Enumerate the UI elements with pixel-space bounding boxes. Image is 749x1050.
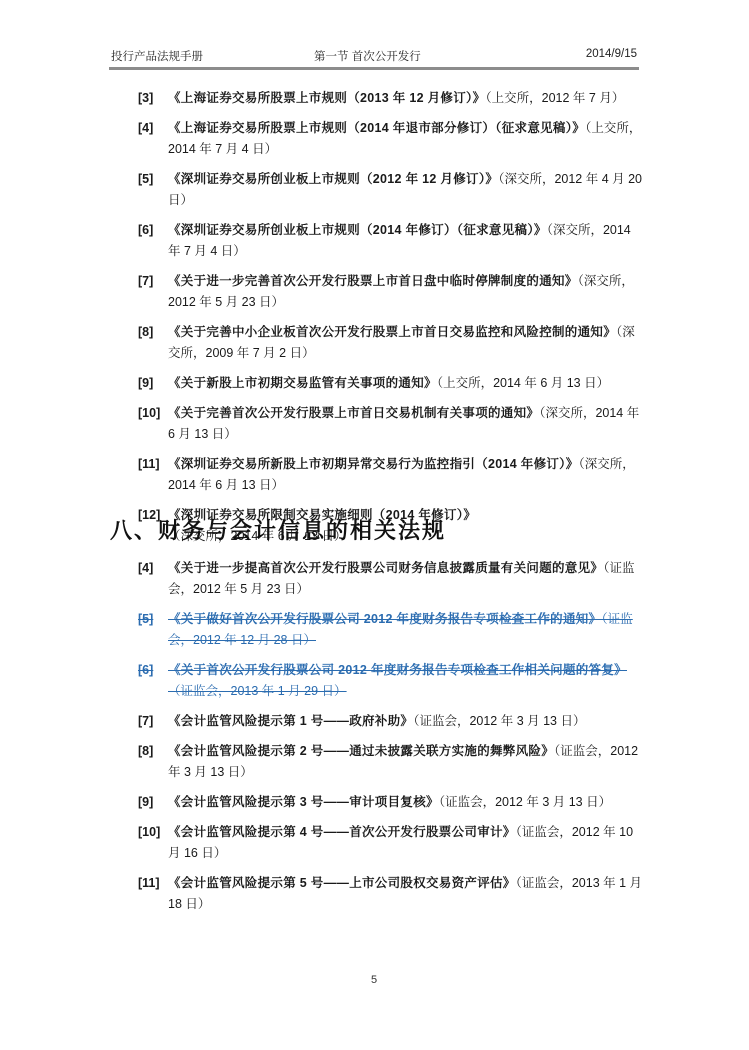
reference-text: 《关于首次公开发行股票公司 2012 年度财务报告专项检查工作相关问题的答复》（… — [138, 660, 643, 702]
reference-text: 《深圳证券交易所创业板上市规则（2012 年 12 月修订）》（深交所，2012… — [138, 169, 643, 211]
reference-item: [8]《会计监管风险提示第 2 号——通过未披露关联方实施的舞弊风险》（证监会，… — [138, 741, 643, 783]
reference-number: [8] — [138, 741, 153, 762]
reference-number: [5] — [138, 169, 153, 190]
reference-source: （证监会，2012 年 3 月 13 日） — [439, 795, 611, 809]
reference-item: [4]《上海证券交易所股票上市规则（2014 年退市部分修订）（征求意见稿）》（… — [138, 118, 643, 160]
reference-title: 《会计监管风险提示第 1 号——政府补助》 — [168, 714, 413, 728]
reference-number: [6] — [138, 220, 153, 241]
header-doc-title: 投行产品法规手册 — [111, 48, 203, 64]
reference-title: 《深圳证券交易所新股上市初期异常交易行为监控指引（2014 年修订）》 — [168, 457, 579, 471]
reference-item: [11]《会计监管风险提示第 5 号——上市公司股权交易资产评估》（证监会，20… — [138, 873, 643, 915]
reference-item: [9]《会计监管风险提示第 3 号——审计项目复核》（证监会，2012 年 3 … — [138, 792, 643, 813]
reference-list-bottom: [4]《关于进一步提高首次公开发行股票公司财务信息披露质量有关问题的意见》（证监… — [138, 558, 643, 924]
reference-number: [9] — [138, 373, 153, 394]
section-heading: 八、财务与会计信息的相关法规 — [110, 514, 446, 545]
reference-text: 《会计监管风险提示第 4 号——首次公开发行股票公司审计》（证监会，2012 年… — [138, 822, 643, 864]
reference-text: 《关于完善中小企业板首次公开发行股票上市首日交易监控和风险控制的通知》（深交所，… — [138, 322, 643, 364]
reference-title: 《会计监管风险提示第 5 号——上市公司股权交易资产评估》 — [168, 876, 516, 890]
reference-title: 《深圳证券交易所创业板上市规则（2012 年 12 月修订）》 — [168, 172, 498, 186]
reference-number: [7] — [138, 711, 153, 732]
reference-title: 《会计监管风险提示第 2 号——通过未披露关联方实施的舞弊风险》 — [168, 744, 554, 758]
reference-item: [9]《关于新股上市初期交易监管有关事项的通知》（上交所，2014 年 6 月 … — [138, 373, 643, 394]
reference-number: [11] — [138, 873, 160, 894]
reference-text: 《关于新股上市初期交易监管有关事项的通知》（上交所，2014 年 6 月 13 … — [138, 373, 643, 394]
reference-list-top: [3]《上海证券交易所股票上市规则（2013 年 12 月修订）》（上交所，20… — [138, 88, 643, 556]
reference-source: （上交所，2012 年 7 月） — [485, 91, 624, 105]
reference-item: [7]《关于进一步完善首次公开发行股票上市首日盘中临时停牌制度的通知》（深交所，… — [138, 271, 643, 313]
reference-number: [10] — [138, 822, 160, 843]
reference-text: 《关于进一步提高首次公开发行股票公司财务信息披露质量有关问题的意见》（证监会，2… — [138, 558, 643, 600]
reference-text: 《深圳证券交易所创业板上市规则（2014 年修订）（征求意见稿）》（深交所，20… — [138, 220, 643, 262]
header-date: 2014/9/15 — [586, 48, 637, 60]
reference-number: [3] — [138, 88, 153, 109]
header-divider — [109, 67, 639, 70]
reference-title: 《关于做好首次公开发行股票公司 2012 年度财务报告专项检查工作的通知》 — [168, 612, 601, 626]
reference-title: 《会计监管风险提示第 4 号——首次公开发行股票公司审计》 — [168, 825, 516, 839]
reference-item: [6]《深圳证券交易所创业板上市规则（2014 年修订）（征求意见稿）》（深交所… — [138, 220, 643, 262]
reference-title: 《关于完善中小企业板首次公开发行股票上市首日交易监控和风险控制的通知》 — [168, 325, 616, 339]
reference-title: 《关于新股上市初期交易监管有关事项的通知》 — [168, 376, 437, 390]
reference-title: 《上海证券交易所股票上市规则（2013 年 12 月修订）》 — [168, 91, 485, 105]
reference-item: [5]《深圳证券交易所创业板上市规则（2012 年 12 月修订）》（深交所，2… — [138, 169, 643, 211]
reference-title: 《上海证券交易所股票上市规则（2014 年退市部分修订）（征求意见稿）》 — [168, 121, 585, 135]
reference-item: [6]《关于首次公开发行股票公司 2012 年度财务报告专项检查工作相关问题的答… — [138, 660, 643, 702]
reference-source: （证监会，2012 年 3 月 13 日） — [413, 714, 585, 728]
reference-title: 《会计监管风险提示第 3 号——审计项目复核》 — [168, 795, 439, 809]
reference-source: （证监会，2013 年 1 月 29 日） — [168, 684, 347, 698]
reference-number: [11] — [138, 454, 160, 475]
reference-title: 《深圳证券交易所创业板上市规则（2014 年修订）（征求意见稿）》 — [168, 223, 547, 237]
page-number: 5 — [371, 974, 377, 986]
reference-item: [11]《深圳证券交易所新股上市初期异常交易行为监控指引（2014 年修订）》（… — [138, 454, 643, 496]
reference-number: [5] — [138, 609, 153, 630]
reference-number: [7] — [138, 271, 153, 292]
reference-item: [5]《关于做好首次公开发行股票公司 2012 年度财务报告专项检查工作的通知》… — [138, 609, 643, 651]
reference-item: [8]《关于完善中小企业板首次公开发行股票上市首日交易监控和风险控制的通知》（深… — [138, 322, 643, 364]
reference-text: 《上海证券交易所股票上市规则（2013 年 12 月修订）》（上交所，2012 … — [138, 88, 643, 109]
reference-title: 《关于进一步提高首次公开发行股票公司财务信息披露质量有关问题的意见》 — [168, 561, 603, 575]
header-section-title: 第一节 首次公开发行 — [314, 48, 421, 64]
reference-number: [10] — [138, 403, 160, 424]
reference-number: [4] — [138, 118, 153, 139]
reference-title: 《关于进一步完善首次公开发行股票上市首日盘中临时停牌制度的通知》 — [168, 274, 578, 288]
reference-title: 《关于完善首次公开发行股票上市首日交易机制有关事项的通知》 — [168, 406, 539, 420]
reference-number: [9] — [138, 792, 153, 813]
reference-text: 《关于完善首次公开发行股票上市首日交易机制有关事项的通知》（深交所，2014 年… — [138, 403, 643, 445]
reference-text: 《会计监管风险提示第 3 号——审计项目复核》（证监会，2012 年 3 月 1… — [138, 792, 643, 813]
reference-text: 《会计监管风险提示第 2 号——通过未披露关联方实施的舞弊风险》（证监会，201… — [138, 741, 643, 783]
reference-text: 《上海证券交易所股票上市规则（2014 年退市部分修订）（征求意见稿）》（上交所… — [138, 118, 643, 160]
reference-title: 《关于首次公开发行股票公司 2012 年度财务报告专项检查工作相关问题的答复》 — [168, 663, 627, 677]
reference-item: [4]《关于进一步提高首次公开发行股票公司财务信息披露质量有关问题的意见》（证监… — [138, 558, 643, 600]
reference-item: [10]《会计监管风险提示第 4 号——首次公开发行股票公司审计》（证监会，20… — [138, 822, 643, 864]
page-header: 投行产品法规手册 第一节 首次公开发行 2014/9/15 — [111, 48, 637, 66]
reference-text: 《会计监管风险提示第 5 号——上市公司股权交易资产评估》（证监会，2013 年… — [138, 873, 643, 915]
reference-source: （上交所，2014 年 6 月 13 日） — [437, 376, 609, 390]
reference-item: [10]《关于完善首次公开发行股票上市首日交易机制有关事项的通知》（深交所，20… — [138, 403, 643, 445]
reference-text: 《深圳证券交易所新股上市初期异常交易行为监控指引（2014 年修订）》（深交所，… — [138, 454, 643, 496]
reference-item: [7]《会计监管风险提示第 1 号——政府补助》（证监会，2012 年 3 月 … — [138, 711, 643, 732]
reference-text: 《关于进一步完善首次公开发行股票上市首日盘中临时停牌制度的通知》（深交所，201… — [138, 271, 643, 313]
reference-text: 《会计监管风险提示第 1 号——政府补助》（证监会，2012 年 3 月 13 … — [138, 711, 643, 732]
reference-item: [3]《上海证券交易所股票上市规则（2013 年 12 月修订）》（上交所，20… — [138, 88, 643, 109]
reference-number: [6] — [138, 660, 153, 681]
reference-text: 《关于做好首次公开发行股票公司 2012 年度财务报告专项检查工作的通知》（证监… — [138, 609, 643, 651]
reference-number: [4] — [138, 558, 153, 579]
reference-number: [8] — [138, 322, 153, 343]
